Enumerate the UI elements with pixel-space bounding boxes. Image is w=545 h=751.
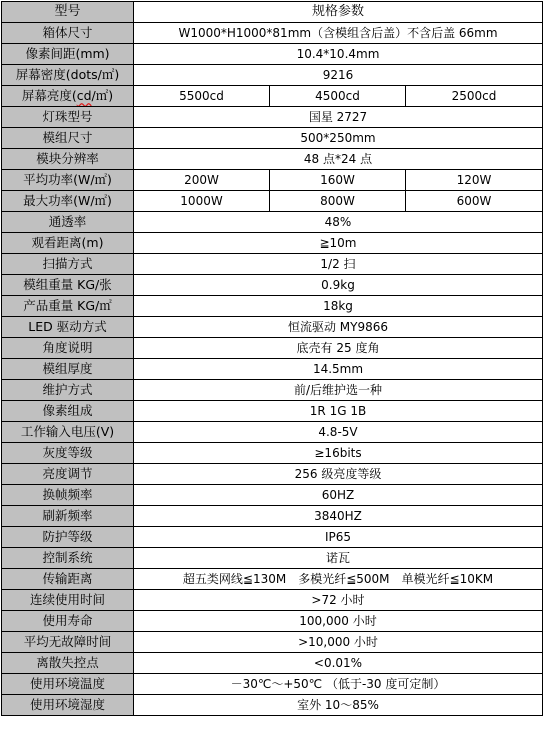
row-value: 超五类网线≦130M 多模光纤≦500M 单模光纤≦10KM [134,569,543,590]
table-row: 换帧频率 60HZ [2,485,543,506]
row-value: 3840HZ [134,506,543,527]
row-value: 14.5mm [134,359,543,380]
row-value: 4.8-5V [134,422,543,443]
spec-table: 型号 规格参数 箱体尺寸 W1000*H1000*81mm（含模组含后盖）不含后… [1,1,543,716]
table-row: 通透率 48% [2,212,543,233]
row-label: 亮度调节 [2,464,134,485]
row-value-option-1: 200W [134,170,270,191]
row-value: －30℃～+50℃ （低于-30 度可定制） [134,674,543,695]
table-row: 像素组成 1R 1G 1B [2,401,543,422]
row-value: 0.9kg [134,275,543,296]
table-header-row: 型号 规格参数 [2,2,543,23]
row-value: >72 小时 [134,590,543,611]
table-row: 屏幕密度(dots/㎡) 9216 [2,65,543,86]
table-row: 角度说明 底壳有 25 度角 [2,338,543,359]
row-value: IP65 [134,527,543,548]
table-row: 连续使用时间 >72 小时 [2,590,543,611]
row-label: 使用环境温度 [2,674,134,695]
table-row: 使用环境温度 －30℃～+50℃ （低于-30 度可定制） [2,674,543,695]
row-value: <0.01% [134,653,543,674]
row-label: 灰度等级 [2,443,134,464]
table-row: 箱体尺寸 W1000*H1000*81mm（含模组含后盖）不含后盖 66mm [2,23,543,44]
table-row: 像素间距(mm) 10.4*10.4mm [2,44,543,65]
row-label: 平均功率(W/㎡) [2,170,134,191]
row-value: 48% [134,212,543,233]
row-value-option-3: 120W [406,170,543,191]
label-prefix: 屏幕亮度( [22,88,77,103]
row-value: W1000*H1000*81mm（含模组含后盖）不含后盖 66mm [134,23,543,44]
row-value-option-3: 600W [406,191,543,212]
table-row: 离散失控点 <0.01% [2,653,543,674]
header-label: 型号 [2,2,134,23]
table-row: 工作输入电压(V) 4.8-5V [2,422,543,443]
row-label: 灯珠型号 [2,107,134,128]
table-row: 使用寿命 100,000 小时 [2,611,543,632]
spellcheck-underlined-text: cd [77,88,92,103]
row-label: 换帧频率 [2,485,134,506]
row-value: 256 级亮度等级 [134,464,543,485]
row-value: 9216 [134,65,543,86]
row-label: 刷新频率 [2,506,134,527]
row-value-option-2: 160W [270,170,406,191]
row-value-option-2: 800W [270,191,406,212]
row-label: 工作输入电压(V) [2,422,134,443]
row-label: 屏幕亮度(cd/㎡) [2,86,134,107]
table-row: 亮度调节 256 级亮度等级 [2,464,543,485]
row-value: ≧10m [134,233,543,254]
table-row: 灯珠型号 国星 2727 [2,107,543,128]
row-value-option-2: 4500cd [270,86,406,107]
row-label: 传输距离 [2,569,134,590]
row-label: 维护方式 [2,380,134,401]
row-label: LED 驱动方式 [2,317,134,338]
table-row: 观看距离(m) ≧10m [2,233,543,254]
row-value: 60HZ [134,485,543,506]
table-row: 最大功率(W/㎡) 1000W 800W 600W [2,191,543,212]
row-value: 100,000 小时 [134,611,543,632]
table-row: 刷新频率 3840HZ [2,506,543,527]
row-label: 观看距离(m) [2,233,134,254]
table-row: 扫描方式 1/2 扫 [2,254,543,275]
row-label: 平均无故障时间 [2,632,134,653]
row-value: 10.4*10.4mm [134,44,543,65]
table-row: 模组尺寸 500*250mm [2,128,543,149]
row-label: 模组重量 KG/张 [2,275,134,296]
table-row: 防护等级 IP65 [2,527,543,548]
row-label: 控制系统 [2,548,134,569]
row-value: 恒流驱动 MY9866 [134,317,543,338]
table-row: 平均功率(W/㎡) 200W 160W 120W [2,170,543,191]
row-label: 使用寿命 [2,611,134,632]
row-value-option-3: 2500cd [406,86,543,107]
row-label: 像素间距(mm) [2,44,134,65]
row-label: 通透率 [2,212,134,233]
table-row: 传输距离 超五类网线≦130M 多模光纤≦500M 单模光纤≦10KM [2,569,543,590]
row-value: 诺瓦 [134,548,543,569]
row-label: 离散失控点 [2,653,134,674]
row-label: 产品重量 KG/㎡ [2,296,134,317]
row-label: 扫描方式 [2,254,134,275]
row-value: 底壳有 25 度角 [134,338,543,359]
label-suffix: /㎡) [92,88,114,103]
row-value: 500*250mm [134,128,543,149]
table-row: 模组厚度 14.5mm [2,359,543,380]
table-row: 平均无故障时间 >10,000 小时 [2,632,543,653]
table-row: 模块分辨率 48 点*24 点 [2,149,543,170]
header-value: 规格参数 [134,2,543,23]
row-value: ≥16bits [134,443,543,464]
row-value-option-1: 1000W [134,191,270,212]
row-value: 48 点*24 点 [134,149,543,170]
row-value: 18kg [134,296,543,317]
table-row: 灰度等级 ≥16bits [2,443,543,464]
row-value: 1R 1G 1B [134,401,543,422]
row-label: 屏幕密度(dots/㎡) [2,65,134,86]
row-label: 模组厚度 [2,359,134,380]
row-value: 室外 10～85% [134,695,543,716]
table-row: 屏幕亮度(cd/㎡) 5500cd 4500cd 2500cd [2,86,543,107]
row-label: 使用环境湿度 [2,695,134,716]
table-row: 维护方式 前/后维护选一种 [2,380,543,401]
row-label: 模组尺寸 [2,128,134,149]
row-label: 模块分辨率 [2,149,134,170]
row-label: 连续使用时间 [2,590,134,611]
row-label: 像素组成 [2,401,134,422]
row-value: 1/2 扫 [134,254,543,275]
table-row: LED 驱动方式 恒流驱动 MY9866 [2,317,543,338]
row-value-option-1: 5500cd [134,86,270,107]
table-row: 模组重量 KG/张 0.9kg [2,275,543,296]
table-row: 控制系统 诺瓦 [2,548,543,569]
table-row: 产品重量 KG/㎡ 18kg [2,296,543,317]
row-value: 前/后维护选一种 [134,380,543,401]
row-value: 国星 2727 [134,107,543,128]
row-label: 防护等级 [2,527,134,548]
row-label: 最大功率(W/㎡) [2,191,134,212]
row-label: 箱体尺寸 [2,23,134,44]
row-value: >10,000 小时 [134,632,543,653]
row-label: 角度说明 [2,338,134,359]
table-row: 使用环境湿度 室外 10～85% [2,695,543,716]
